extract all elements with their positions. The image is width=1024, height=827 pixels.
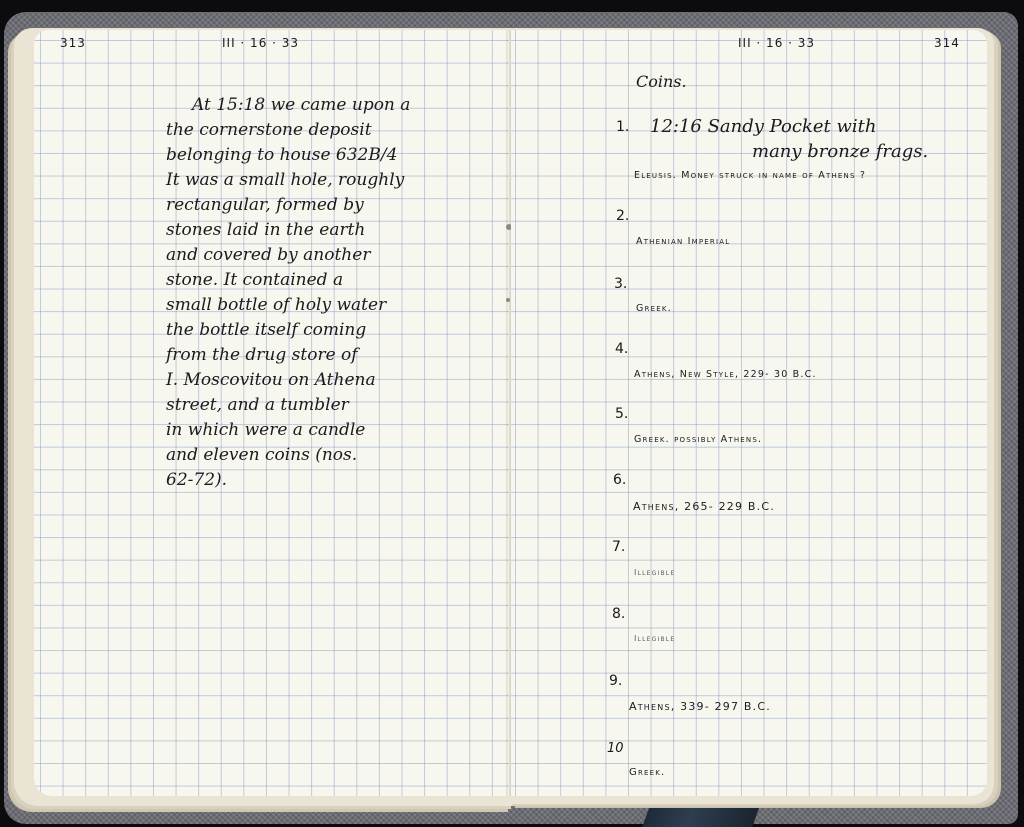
entry-line: in which were a candle bbox=[166, 418, 496, 443]
entry-line: street, and a tumbler bbox=[166, 393, 496, 418]
coin-number: 5. bbox=[615, 406, 628, 422]
entry-line: and eleven coins (nos. bbox=[166, 443, 496, 468]
coin-attribution: Illegible bbox=[634, 568, 675, 577]
coin-attribution: Athenian Imperial bbox=[636, 236, 730, 247]
entry-line: It was a small hole, roughly bbox=[166, 168, 496, 193]
coin-number: 2. bbox=[616, 208, 629, 224]
entry-line: stones laid in the earth bbox=[166, 218, 496, 243]
coin-number: 3. bbox=[614, 276, 627, 292]
coin-attribution: Greek. bbox=[629, 767, 665, 778]
coin-number: 4. bbox=[615, 341, 628, 357]
entry-line: and covered by another bbox=[166, 243, 496, 268]
excavation-entry: At 15:18 we came upon a the cornerstone … bbox=[166, 93, 496, 493]
coins-heading: Coins. bbox=[636, 72, 687, 91]
entry-line: belonging to house 632B/4 bbox=[166, 143, 496, 168]
coin-attribution: Athens, 339- 297 B.C. bbox=[629, 700, 771, 713]
coin-number: 8. bbox=[612, 606, 625, 622]
coin-attribution: Illegible bbox=[634, 634, 675, 643]
left-page-date: III · 16 · 33 bbox=[222, 36, 299, 50]
entry-line: 62-72). bbox=[166, 468, 496, 493]
entry-line: At 15:18 we came upon a bbox=[166, 93, 496, 118]
coin-find-note: 12:16 Sandy Pocket with bbox=[650, 116, 876, 137]
entry-line: the bottle itself coming bbox=[166, 318, 496, 343]
entry-line: stone. It contained a bbox=[166, 268, 496, 293]
coin-attribution: Athens, New Style, 229- 30 B.C. bbox=[634, 369, 817, 380]
coin-attribution: Athens, 265- 229 B.C. bbox=[633, 500, 775, 513]
entry-line: the cornerstone deposit bbox=[166, 118, 496, 143]
coin-number: 10 bbox=[607, 741, 624, 756]
entry-line: rectangular, formed by bbox=[166, 193, 496, 218]
entry-line: I. Moscovitou on Athena bbox=[166, 368, 496, 393]
right-page-date: III · 16 · 33 bbox=[738, 36, 815, 50]
coin-number: 7. bbox=[612, 539, 625, 555]
coin-number: 6. bbox=[613, 472, 626, 488]
entry-line: from the drug store of bbox=[166, 343, 496, 368]
right-page-number: 314 bbox=[934, 36, 960, 50]
binding-staple bbox=[506, 298, 510, 302]
coin-attribution: Greek. possibly Athens. bbox=[634, 434, 762, 445]
coin-attribution: Eleusis. Money struck in name of Athens … bbox=[634, 170, 866, 181]
left-page-number: 313 bbox=[60, 36, 86, 50]
coin-find-note: many bronze frags. bbox=[752, 141, 928, 162]
coin-number: 1. bbox=[616, 119, 629, 135]
entry-line: small bottle of holy water bbox=[166, 293, 496, 318]
coin-number: 9. bbox=[609, 673, 622, 689]
coin-attribution: Greek. bbox=[636, 303, 672, 314]
